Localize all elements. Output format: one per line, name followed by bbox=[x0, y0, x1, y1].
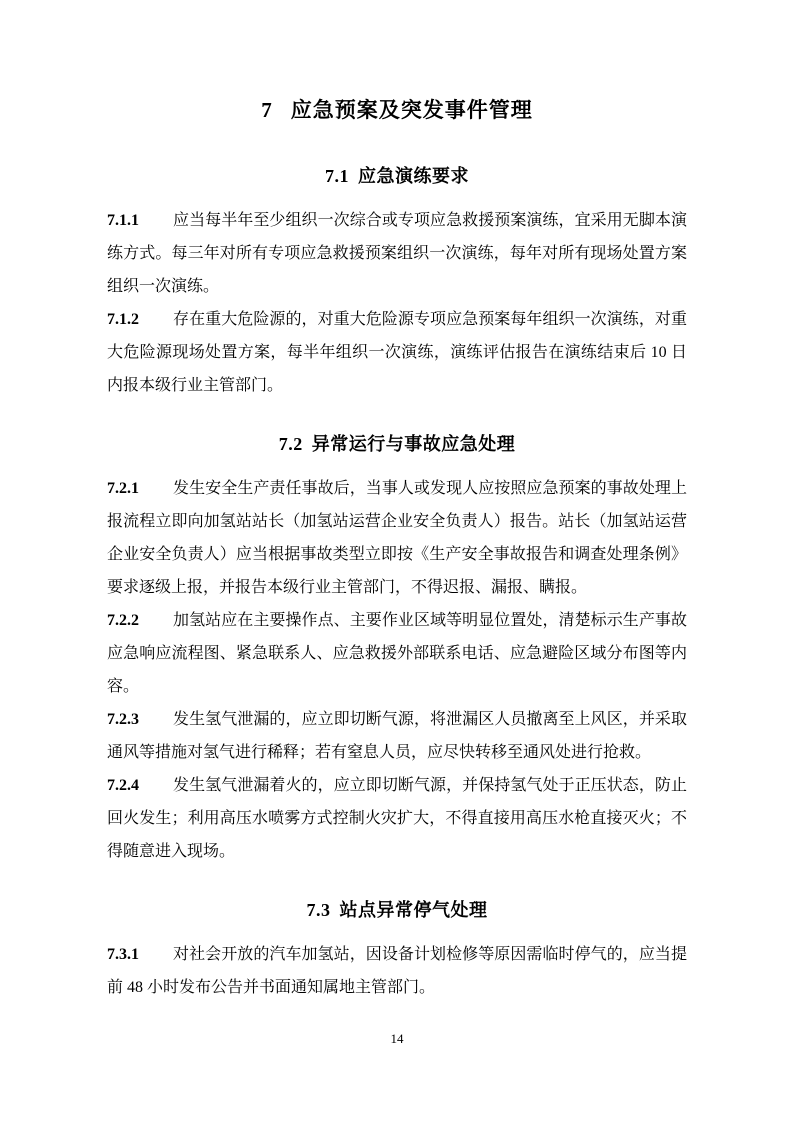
clause-7-2-1: 7.2.1发生安全生产责任事故后，当事人或发现人应按照应急预案的事故处理上报流程… bbox=[107, 472, 687, 604]
clause-number: 7.1.1 bbox=[107, 204, 173, 237]
section-number: 7.2 bbox=[279, 434, 303, 454]
clause-number: 7.1.2 bbox=[107, 303, 173, 336]
clause-text: 发生氢气泄漏着火的，应立即切断气源，并保持氢气处于正压状态，防止回火发生；利用高… bbox=[107, 777, 687, 860]
clause-7-2-4: 7.2.4发生氢气泄漏着火的，应立即切断气源，并保持氢气处于正压状态，防止回火发… bbox=[107, 769, 687, 868]
clause-text: 存在重大危险源的，对重大危险源专项应急预案每年组织一次演练，对重大危险源现场处置… bbox=[107, 311, 687, 394]
section-number: 7.3 bbox=[307, 900, 331, 920]
section-heading-7-1: 7.1应急演练要求 bbox=[107, 162, 687, 190]
section-heading-7-3: 7.3站点异常停气处理 bbox=[107, 896, 687, 924]
section-title-text: 异常运行与事故应急处理 bbox=[312, 434, 516, 454]
section-title-text: 站点异常停气处理 bbox=[340, 900, 488, 920]
section-heading-7-2: 7.2异常运行与事故应急处理 bbox=[107, 430, 687, 458]
section-number: 7.1 bbox=[325, 166, 349, 186]
chapter-number: 7 bbox=[261, 98, 273, 122]
clause-text: 发生氢气泄漏的，应立即切断气源，将泄漏区人员撤离至上风区，并采取通风等措施对氢气… bbox=[107, 711, 687, 761]
chapter-title: 7应急预案及突发事件管理 bbox=[107, 94, 687, 126]
clause-number: 7.2.1 bbox=[107, 472, 173, 505]
clause-7-2-3: 7.2.3发生氢气泄漏的，应立即切断气源，将泄漏区人员撤离至上风区，并采取通风等… bbox=[107, 703, 687, 769]
chapter-title-text: 应急预案及突发事件管理 bbox=[291, 98, 533, 122]
clause-number: 7.2.4 bbox=[107, 769, 173, 802]
clause-7-2-2: 7.2.2加氢站应在主要操作点、主要作业区域等明显位置处，清楚标示生产事故应急响… bbox=[107, 604, 687, 703]
clause-number: 7.2.2 bbox=[107, 604, 173, 637]
clause-text: 加氢站应在主要操作点、主要作业区域等明显位置处，清楚标示生产事故应急响应流程图、… bbox=[107, 612, 687, 695]
clause-text: 对社会开放的汽车加氢站，因设备计划检修等原因需临时停气的，应当提前 48 小时发… bbox=[107, 946, 687, 996]
clause-text: 发生安全生产责任事故后，当事人或发现人应按照应急预案的事故处理上报流程立即向加氢… bbox=[107, 480, 687, 596]
clause-7-1-2: 7.1.2存在重大危险源的，对重大危险源专项应急预案每年组织一次演练，对重大危险… bbox=[107, 303, 687, 402]
section-title-text: 应急演练要求 bbox=[358, 166, 469, 186]
clause-7-3-1: 7.3.1对社会开放的汽车加氢站，因设备计划检修等原因需临时停气的，应当提前 4… bbox=[107, 938, 687, 1004]
document-page: 7应急预案及突发事件管理 7.1应急演练要求 7.1.1应当每半年至少组织一次综… bbox=[0, 0, 794, 1123]
page-number: 14 bbox=[0, 1030, 794, 1048]
clause-text: 应当每半年至少组织一次综合或专项应急救援预案演练，宜采用无脚本演练方式。每三年对… bbox=[107, 212, 687, 295]
clause-7-1-1: 7.1.1应当每半年至少组织一次综合或专项应急救援预案演练，宜采用无脚本演练方式… bbox=[107, 204, 687, 303]
clause-number: 7.3.1 bbox=[107, 938, 173, 971]
clause-number: 7.2.3 bbox=[107, 703, 173, 736]
